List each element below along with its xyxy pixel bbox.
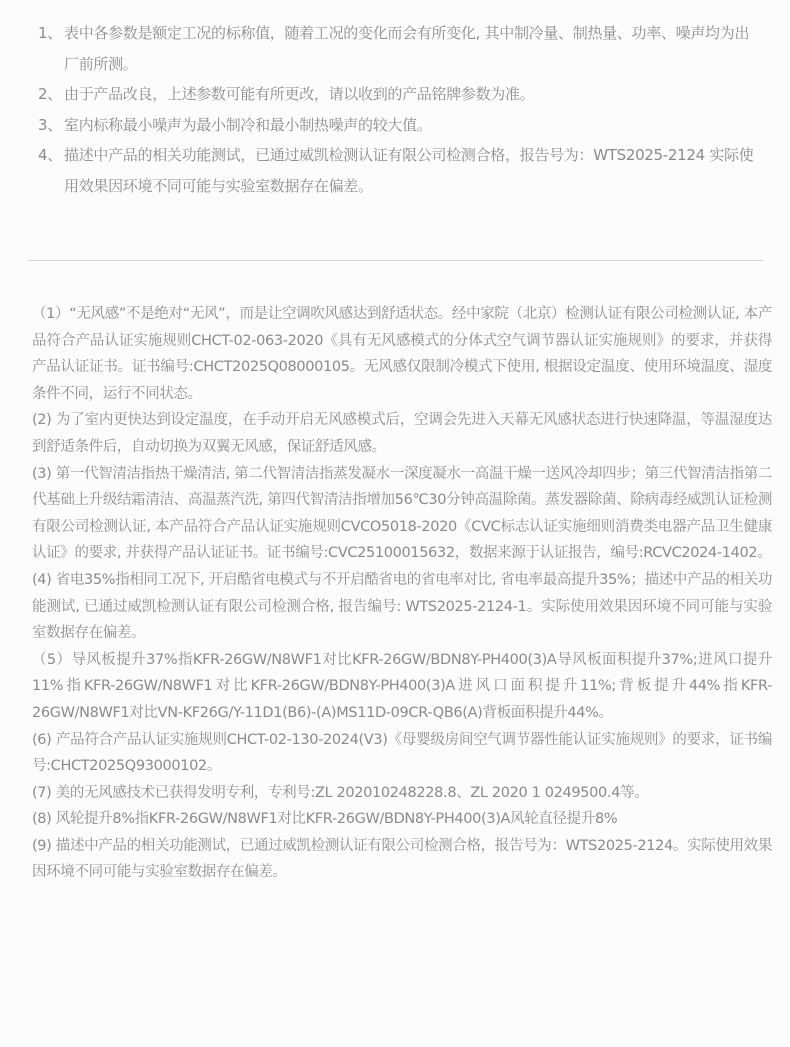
parameter-notes-list: 1、 表中各参数是额定工况的标称值，随着工况的变化而会有所变化, 其中制冷量、制… bbox=[38, 18, 758, 201]
footnotes-list: （1）“无风感”不是绝对“无风”，而是让空调吹风感达到舒适状态。经中家院（北京）… bbox=[32, 301, 772, 886]
section-divider bbox=[28, 260, 763, 261]
footnote-5: （5）导风板提升37%指KFR-26GW/N8WF1对比KFR-26GW/BDN… bbox=[32, 647, 772, 727]
note-text: 表中各参数是额定工况的标称值，随着工况的变化而会有所变化, 其中制冷量、制热量、… bbox=[64, 18, 758, 79]
note-item-1: 1、 表中各参数是额定工况的标称值，随着工况的变化而会有所变化, 其中制冷量、制… bbox=[38, 18, 758, 79]
note-number: 1、 bbox=[38, 18, 64, 79]
note-item-2: 2、 由于产品改良，上述参数可能有所更改，请以收到的产品铭牌参数为准。 bbox=[38, 79, 758, 110]
note-item-3: 3、 室内标称最小噪声为最小制冷和最小制热噪声的较大值。 bbox=[38, 110, 758, 141]
note-number: 4、 bbox=[38, 140, 64, 201]
footnote-4: (4) 省电35%指相同工况下, 开启酷省电模式与不开启酷省电的省电率对比, 省… bbox=[32, 567, 772, 647]
footnote-3: (3) 第一代智清洁指热干燥清洁, 第二代智清洁指蒸发凝水一深度凝水一高温干燥一… bbox=[32, 461, 772, 567]
note-text: 室内标称最小噪声为最小制冷和最小制热噪声的较大值。 bbox=[64, 110, 758, 141]
footnote-6: (6) 产品符合产品认证实施规则CHCT-02-130-2024(V3)《母婴级… bbox=[32, 727, 772, 780]
footnote-9: (9) 描述中产品的相关功能测试，已通过威凯检测认证有限公司检测合格，报告号为：… bbox=[32, 833, 772, 886]
footnote-1: （1）“无风感”不是绝对“无风”，而是让空调吹风感达到舒适状态。经中家院（北京）… bbox=[32, 301, 772, 407]
note-text: 由于产品改良，上述参数可能有所更改，请以收到的产品铭牌参数为准。 bbox=[64, 79, 758, 110]
footnote-2: (2) 为了室内更快达到设定温度，在手动开启无风感模式后，空调会先进入天幕无风感… bbox=[32, 407, 772, 460]
footnote-7: (7) 美的无风感技术已获得发明专利，专利号:ZL 202010248228.8… bbox=[32, 780, 772, 807]
footnote-8: (8) 风轮提升8%指KFR-26GW/N8WF1对比KFR-26GW/BDN8… bbox=[32, 806, 772, 833]
note-number: 2、 bbox=[38, 79, 64, 110]
note-number: 3、 bbox=[38, 110, 64, 141]
note-item-4: 4、 描述中产品的相关功能测试，已通过威凯检测认证有限公司检测合格，报告号为：W… bbox=[38, 140, 758, 201]
note-text: 描述中产品的相关功能测试，已通过威凯检测认证有限公司检测合格，报告号为：WTS2… bbox=[64, 140, 758, 201]
